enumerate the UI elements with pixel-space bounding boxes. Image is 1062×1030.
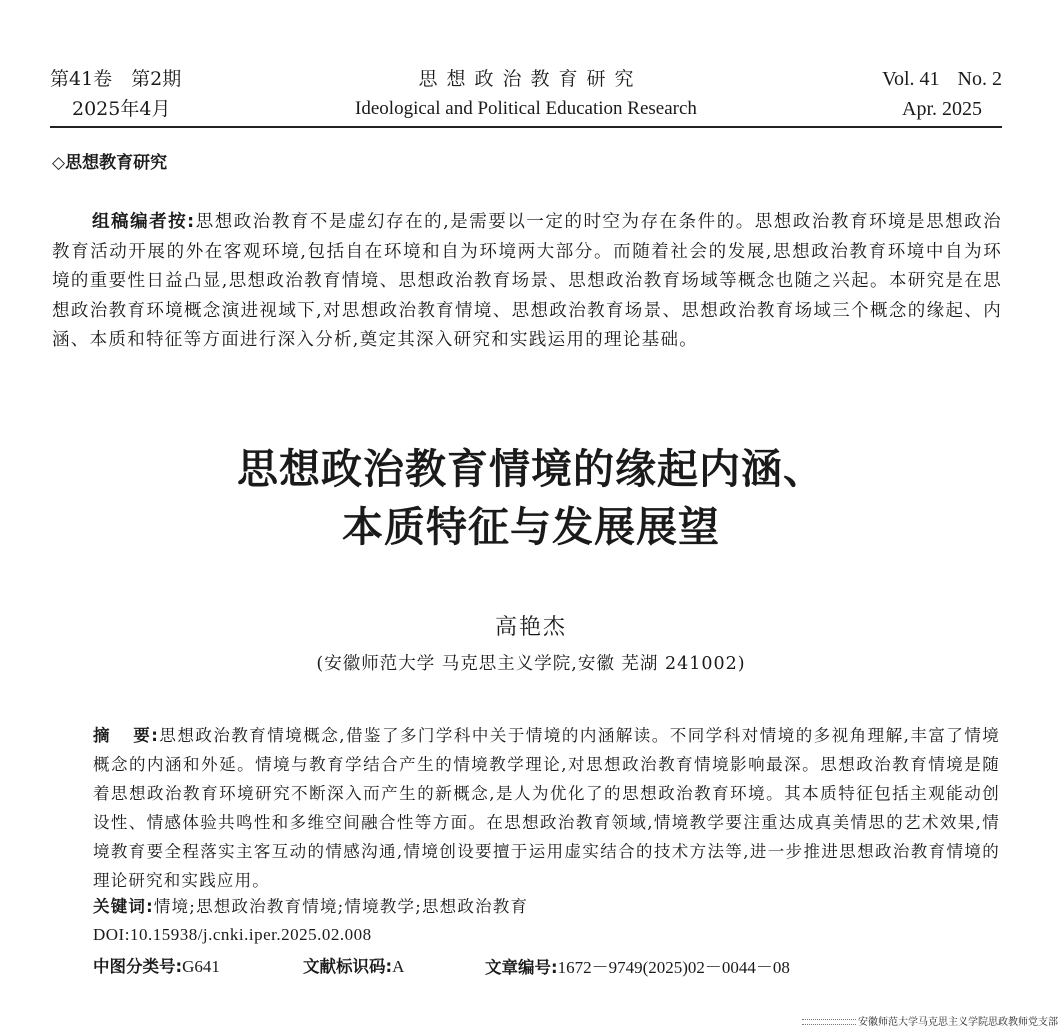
document-code: 文献标识码:A: [303, 953, 404, 977]
editor-note-label: 组稿编者按:: [52, 212, 195, 232]
watermark: 安徽师范大学马克思主义学院思政教师党支部: [802, 1013, 1058, 1028]
editor-note-text: 思想政治教育不是虚幻存在的,是需要以一定的时空为存在条件的。思想政治教育环境是思…: [52, 212, 1002, 350]
editor-note: 组稿编者按:思想政治教育不是虚幻存在的,是需要以一定的时空为存在条件的。思想政治…: [52, 208, 1002, 356]
abstract: 摘要:思想政治教育情境概念,借鉴了多门学科中关于情境的内涵解读。不同学科对情境的…: [93, 721, 1000, 895]
abstract-text: 思想政治教育情境概念,借鉴了多门学科中关于情境的内涵解读。不同学科对情境的多视角…: [93, 726, 1000, 890]
date-en: Apr. 2025: [882, 94, 1002, 124]
journal-title-en: Ideological and Political Education Rese…: [50, 94, 1002, 124]
keywords: 关键词:情境;思想政治教育情境;情境教学;思想政治教育: [93, 893, 528, 917]
author-affiliation: (安徽师范大学 马克思主义学院,安徽 芜湖 241002): [0, 650, 1062, 675]
keywords-text: 情境;思想政治教育情境;情境教学;思想政治教育: [154, 897, 528, 916]
author-name: 高艳杰: [0, 610, 1062, 641]
journal-header: 第41卷 第2期 2025年4月 思想政治教育研究 Ideological an…: [50, 62, 1002, 128]
article-title-line-2: 本质特征与发展展望: [0, 498, 1062, 556]
vol-en: Vol. 41: [882, 68, 939, 90]
article-number: 文章编号:1672－9749(2025)02－0044－08: [485, 953, 790, 978]
header-center: 思想政治教育研究 Ideological and Political Educa…: [50, 64, 1002, 124]
abstract-label: 摘要:: [93, 726, 159, 745]
no-en: No. 2: [958, 68, 1002, 90]
column-tag: ◇思想教育研究: [52, 148, 167, 173]
header-right: Vol. 41No. 2 Apr. 2025: [882, 64, 1002, 124]
clc-number: 中图分类号:G641: [93, 953, 220, 977]
article-title-line-1: 思想政治教育情境的缘起内涵、: [0, 440, 1062, 498]
keywords-label: 关键词:: [93, 897, 154, 916]
article-title: 思想政治教育情境的缘起内涵、 本质特征与发展展望: [0, 440, 1062, 556]
doi[interactable]: DOI:10.15938/j.cnki.iper.2025.02.008: [93, 925, 372, 945]
microtext-decoration: [802, 1019, 856, 1025]
journal-title-cn: 思想政治教育研究: [50, 64, 1002, 94]
watermark-text: 安徽师范大学马克思主义学院思政教师党支部: [858, 1017, 1058, 1028]
